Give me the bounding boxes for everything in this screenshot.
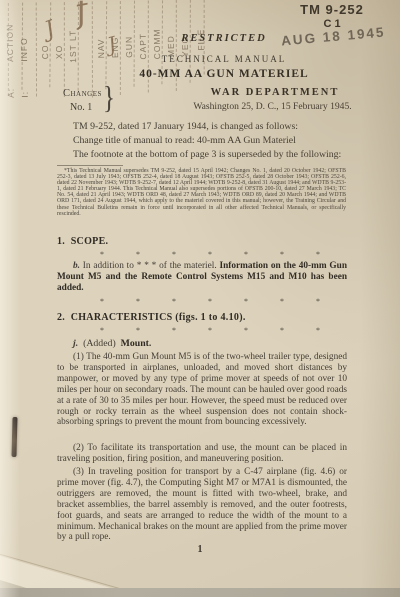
doc-type: TECHNICAL MANUAL — [57, 54, 369, 64]
paragraph-b: b. In addition to * * * of the materiel.… — [57, 261, 347, 294]
stamp-grid-line — [64, 0, 65, 97]
brace-glyph: } — [103, 82, 115, 117]
stamp-col-action: ACTION — [4, 24, 15, 62]
stamp-col: CO — [40, 44, 50, 59]
tm-number: TM 9-252 — [294, 2, 370, 17]
stamp-grid-line — [36, 0, 37, 96]
stamp-col-info: INFO — [19, 37, 29, 61]
section-1-heading: 1. SCOPE. — [57, 236, 108, 247]
footnote-text: *This Technical Manual supersedes TM 9-2… — [57, 168, 346, 217]
page-number: 1 — [0, 544, 400, 555]
footnote-rule — [57, 165, 123, 166]
handwritten-initial: J — [42, 16, 58, 43]
intro-line-1: TM 9-252, dated 17 January 1944, is chan… — [73, 121, 298, 132]
scanned-page: { "header": { "tm_number": "TM 9-252", "… — [0, 0, 400, 597]
issuing-department: WAR DEPARTMENT — [205, 87, 345, 98]
stamp-key-info: I: — [20, 91, 30, 98]
stamp-grid-line — [120, 0, 121, 95]
intro-line-3: The footnote at the bottom of page 3 is … — [73, 149, 341, 160]
paragraph-b-label: b. — [73, 261, 80, 271]
handwritten-initial: f — [72, 0, 92, 31]
paragraph-b-text: In addition to * * * of the materiel. — [80, 261, 220, 271]
paragraph-2: (2) To facilitate its transportation and… — [57, 443, 347, 465]
desk-surface — [0, 588, 400, 597]
page-title: 40-MM AA GUN MATERIEL — [57, 68, 369, 80]
ellipsis-stars: * * * * * * * — [100, 297, 330, 306]
paragraph-1: (1) The 40-mm Gun Mount M5 is of the two… — [57, 352, 347, 428]
changes-label: Changes — [63, 88, 102, 99]
section-2-heading: 2. CHARACTERISTICS (figs. 1 to 4.10). — [57, 312, 246, 323]
subparagraph-j-title: Mount. — [121, 338, 152, 349]
paragraph-3: (3) In traveling position for transport … — [57, 467, 347, 543]
ellipsis-stars: * * * * * * * — [100, 250, 330, 259]
intro-line-2: Change title of manual to read: 40-mm AA… — [73, 135, 296, 146]
staple — [11, 417, 17, 457]
changes-number: No. 1 — [70, 102, 92, 113]
stamp-key-action: A: — [6, 88, 16, 98]
subparagraph-j-added: (Added) — [78, 338, 120, 349]
ellipsis-stars: * * * * * * * — [100, 326, 330, 335]
classification-marking: RESTRICTED — [57, 33, 369, 44]
stamp-grid-line — [92, 0, 93, 97]
place-and-date: Washington 25, D. C., 15 February 1945. — [170, 101, 375, 112]
subparagraph-j-heading: j. (Added) Mount. — [73, 338, 151, 349]
